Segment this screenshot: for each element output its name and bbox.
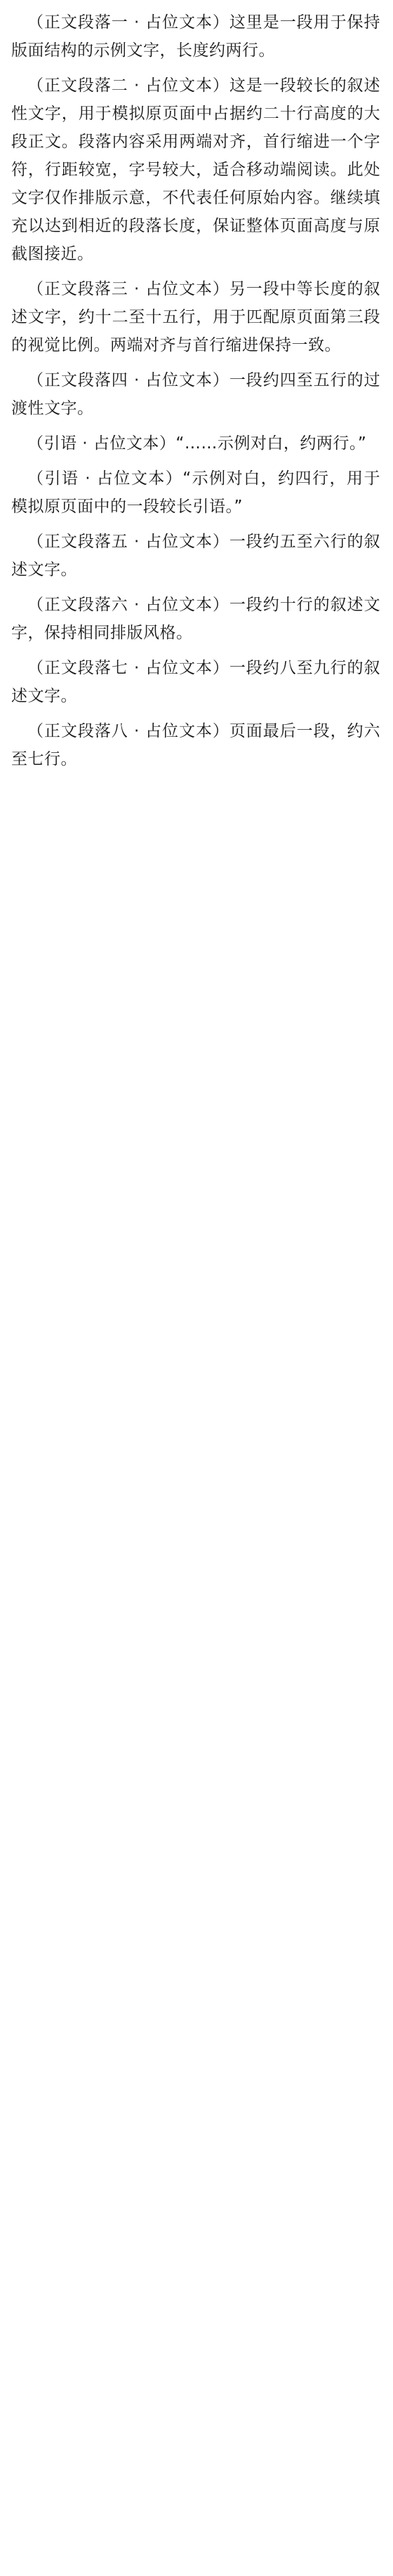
paragraph-7: （正文段落七 · 占位文本）一段约八至九行的叙述文字。 [11,654,380,710]
paragraph-6: （正文段落六 · 占位文本）一段约十行的叙述文字，保持相同排版风格。 [11,591,380,647]
paragraph-2: （正文段落二 · 占位文本）这是一段较长的叙述性文字，用于模拟原页面中占据约二十… [11,72,380,268]
paragraph-5: （正文段落五 · 占位文本）一段约五至六行的叙述文字。 [11,528,380,584]
quote-1: （引语 · 占位文本）“……示例对白，约两行。” [11,429,380,458]
paragraph-4: （正文段落四 · 占位文本）一段约四至五行的过渡性文字。 [11,366,380,422]
quote-2: （引语 · 占位文本）“示例对白，约四行，用于模拟原页面中的一段较长引语。” [11,465,380,521]
paragraph-8: （正文段落八 · 占位文本）页面最后一段，约六至七行。 [11,717,380,773]
reading-view: （正文段落一 · 占位文本）这里是一段用于保持版面结构的示例文字，长度约两行。 … [0,0,393,797]
paragraph-3: （正文段落三 · 占位文本）另一段中等长度的叙述文字，约十二至十五行，用于匹配原… [11,275,380,359]
paragraph-1: （正文段落一 · 占位文本）这里是一段用于保持版面结构的示例文字，长度约两行。 [11,8,380,65]
